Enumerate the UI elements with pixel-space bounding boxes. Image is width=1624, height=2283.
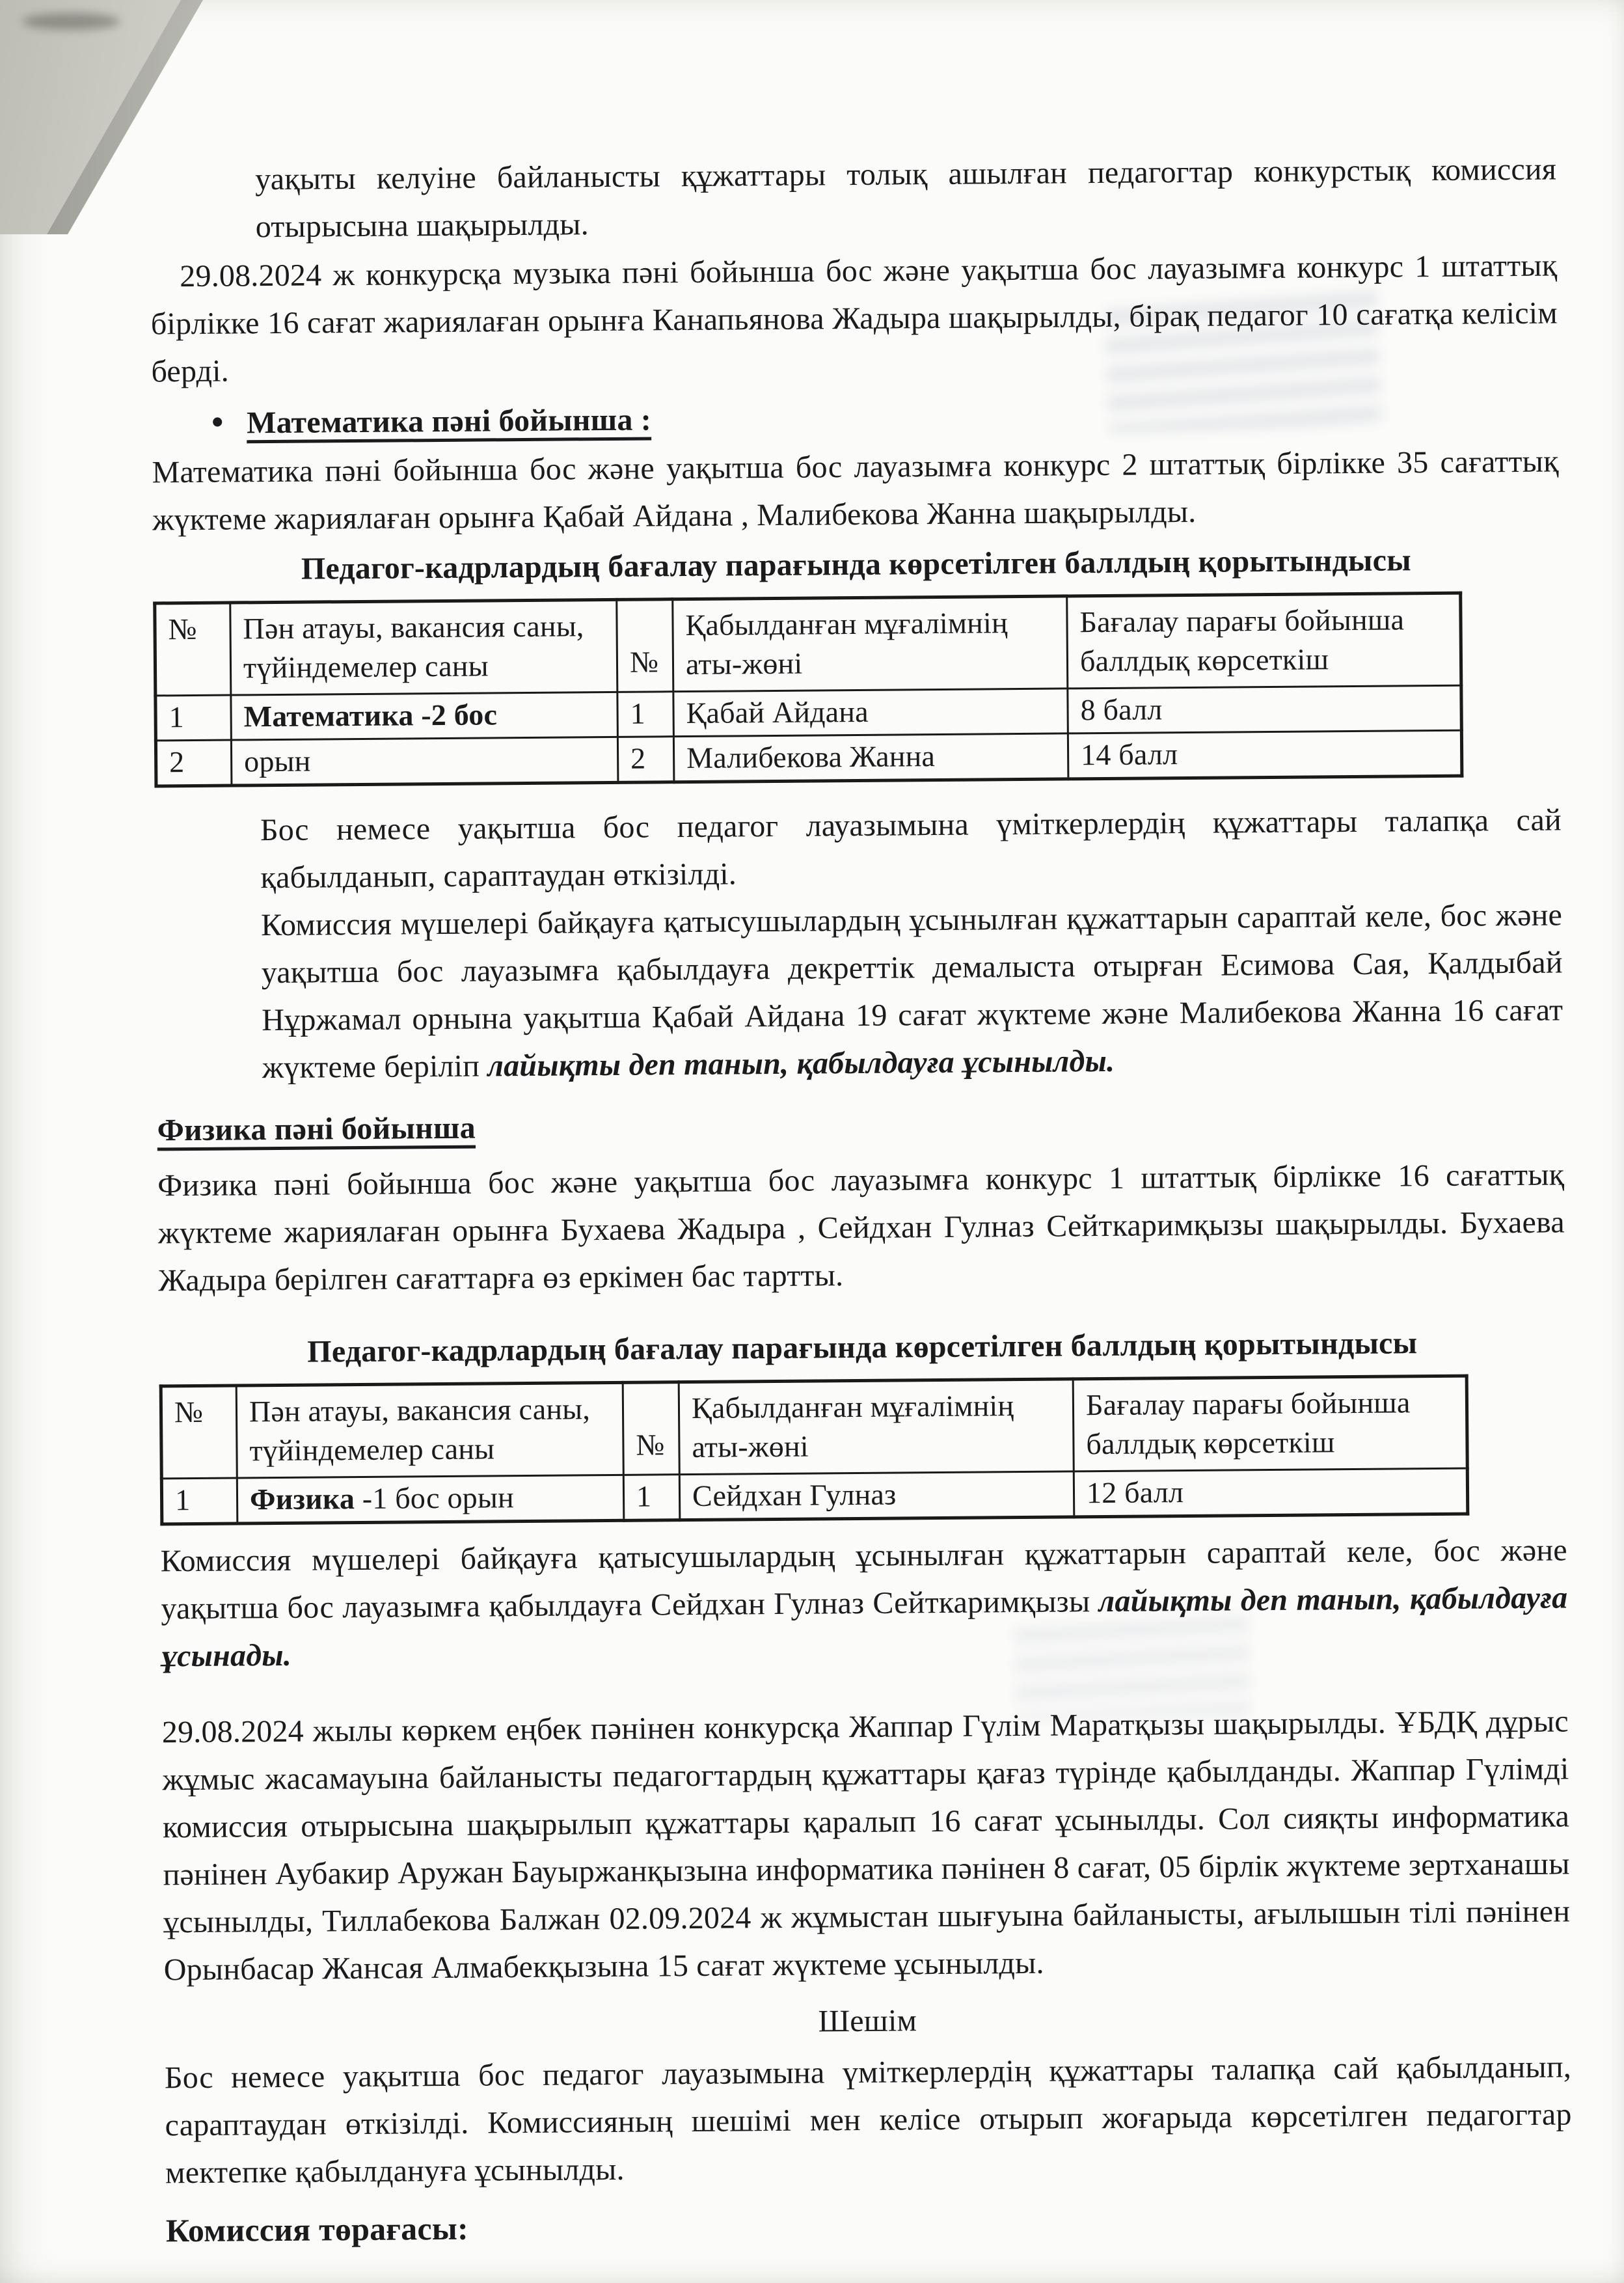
physics-section-heading: Физика пәні бойынша — [157, 1095, 1564, 1154]
arts-informatics-paragraph: 29.08.2024 жылы көркем еңбек пәнінен кон… — [162, 1697, 1571, 1993]
cell-subject-normal: -1 бос орын — [355, 1481, 514, 1515]
math-table-title: Педагог-кадрлардың бағалау парағында көр… — [153, 535, 1560, 594]
physics-table-title: Педагог-кадрлардың бағалау парағында көр… — [159, 1318, 1566, 1376]
cell-subject: Физика -1 бос орын — [237, 1475, 624, 1524]
header-no: № — [161, 1386, 237, 1479]
physics-decision-paragraph: Комиссия мүшелері байқауға қатысушыларды… — [161, 1526, 1569, 1680]
physics-competition-paragraph: Физика пәні бойынша бос және уақытша бос… — [157, 1151, 1565, 1304]
table-header-row: № Пән атауы, вакансия саны, түйіндемелер… — [161, 1376, 1467, 1479]
cell-score: 8 балл — [1068, 685, 1462, 733]
header-score: Бағалау парағы бойынша баллдық көрсеткіш — [1067, 593, 1461, 689]
cell-no2: 2 — [617, 737, 674, 783]
math-decision-emphasis: лайықты деп танып, қабылдауға ұсынылды. — [487, 1044, 1115, 1084]
header-teacher: Қабылданған мұғалімнің аты-жөні — [679, 1379, 1074, 1475]
math-section-heading-label: Математика пәні бойынша : — [247, 402, 651, 440]
math-competition-paragraph: Математика пәні бойынша бос және уақытша… — [152, 437, 1559, 543]
math-decision-paragraph: Комиссия мүшелері байқауға қатысушыларды… — [261, 891, 1563, 1091]
cell-teacher: Қабай Айдана — [673, 689, 1068, 737]
header-no2: № — [623, 1382, 679, 1475]
math-section-heading: •Математика пәні бойынша : — [211, 388, 1559, 446]
bullet-icon: • — [211, 398, 247, 446]
cell-score: 12 балл — [1074, 1468, 1468, 1517]
cell-no: 1 — [156, 695, 232, 741]
cell-no: 2 — [156, 740, 232, 786]
cell-no2: 1 — [623, 1475, 680, 1521]
math-scores-table: № Пән атауы, вакансия саны, түйіндемелер… — [153, 592, 1463, 788]
cell-subject-normal: орын — [244, 745, 311, 778]
cell-score: 14 балл — [1068, 730, 1462, 779]
cell-subject-bold: Физика — [250, 1482, 355, 1516]
table-row: 1 Физика -1 бос орын 1 Сейдхан Гулназ 12… — [161, 1468, 1467, 1524]
decision-heading: Шешім — [164, 1991, 1571, 2050]
table-row: 2 орын 2 Малибекова Жанна 14 балл — [156, 730, 1461, 786]
cell-no: 1 — [161, 1478, 237, 1524]
header-no2: № — [617, 599, 673, 692]
cell-no2: 1 — [617, 692, 674, 737]
cell-subject: Математика -2 бос — [231, 692, 618, 740]
cell-teacher: Малибекова Жанна — [673, 733, 1068, 782]
header-no: № — [155, 603, 231, 696]
continuation-paragraph: уақыты келуіне байланысты құжаттары толы… — [255, 146, 1557, 251]
cell-subject: орын — [231, 737, 618, 786]
cell-teacher: Сейдхан Гулназ — [679, 1471, 1074, 1520]
physics-scores-table: № Пән атауы, вакансия саны, түйіндемелер… — [159, 1374, 1470, 1526]
final-decision-paragraph: Бос немесе уақытша бос педагог лауазымын… — [165, 2043, 1573, 2196]
header-subject: Пән атауы, вакансия саны, түйіндемелер с… — [236, 1382, 623, 1478]
music-competition-paragraph: 29.08.2024 ж конкурсқа музыка пәні бойын… — [150, 241, 1558, 395]
header-subject: Пән атауы, вакансия саны, түйіндемелер с… — [230, 599, 617, 695]
physics-section-heading-label: Физика пәні бойынша — [157, 1111, 476, 1148]
header-teacher: Қабылданған мұғалімнің аты-жөні — [673, 596, 1068, 692]
document-body: уақыты келуіне байланысты құжаттары толы… — [148, 0, 1573, 2254]
table-header-row: № Пән атауы, вакансия саны, түйіндемелер… — [155, 593, 1461, 696]
cell-subject-bold: Математика -2 бос — [243, 698, 497, 733]
header-score: Бағалау парағы бойынша баллдық көрсеткіш — [1073, 1376, 1467, 1471]
documents-review-paragraph: Бос немесе уақытша бос педагог лауазымын… — [260, 796, 1562, 901]
scan-smudge-artifact — [22, 13, 120, 30]
